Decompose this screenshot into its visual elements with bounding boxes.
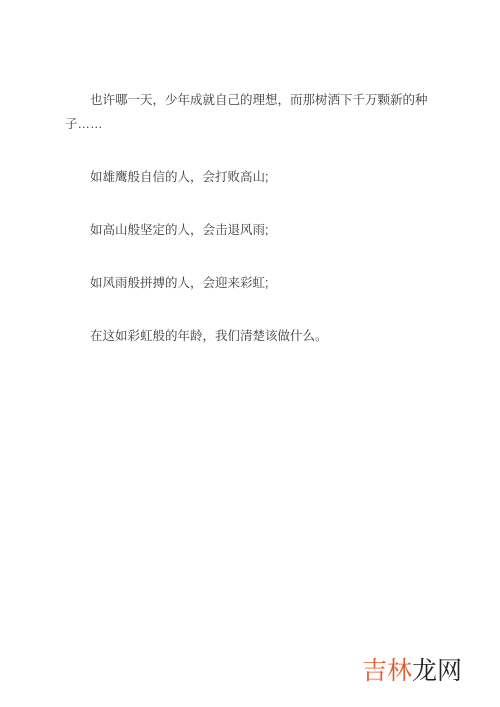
paragraph: 如雄鹰般自信的人，会打败高山; [65,165,435,189]
paragraph: 如风雨般拼搏的人，会迎来彩虹; [65,271,435,295]
page: { "page": { "background_color": "#ffffff… [0,0,500,707]
paragraph: 在这如彩虹般的年龄，我们清楚该做什么。 [65,324,435,348]
paragraph: 也许哪一天，少年成就自己的理想，而那树洒下千万颗新的种子…… [65,88,435,136]
document-body: 也许哪一天，少年成就自己的理想，而那树洒下千万颗新的种子…… 如雄鹰般自信的人，… [65,88,435,377]
watermark-suffix: 龙网 [412,657,462,685]
watermark-prefix: 吉林 [362,657,412,685]
site-watermark: 吉林龙网 [362,656,462,686]
paragraph: 如高山般坚定的人，会击退风雨; [65,218,435,242]
